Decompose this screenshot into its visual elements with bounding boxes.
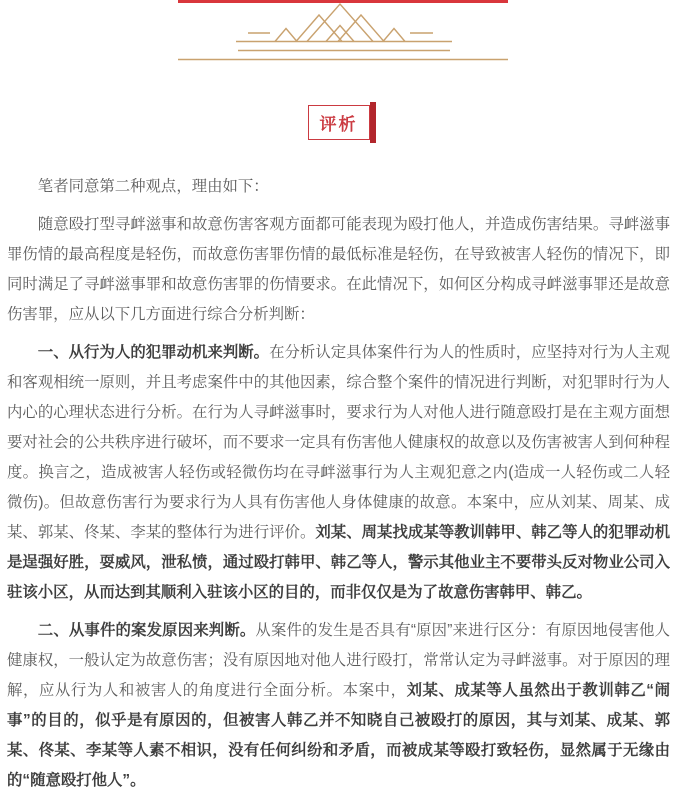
- text-segment-bold: 一、从行为人的犯罪动机来判断。: [38, 344, 269, 361]
- section-label-row: 评析: [0, 105, 677, 140]
- paragraph-overview: 随意殴打型寻衅滋事和故意伤害客观方面都可能表现为殴打他人，并造成伤害结果。寻衅滋…: [7, 210, 670, 330]
- section-label-box: 评析: [308, 105, 370, 140]
- mountain-ornament-icon: [0, 0, 677, 64]
- text-segment-bold: 二、从事件的案发原因来判断。: [38, 622, 256, 639]
- text-segment: 随意殴打型寻衅滋事和故意伤害客观方面都可能表现为殴打他人，并造成伤害结果。寻衅滋…: [7, 216, 670, 323]
- article-body: 笔者同意第二种观点，理由如下： 随意殴打型寻衅滋事和故意伤害客观方面都可能表现为…: [7, 172, 670, 794]
- text-segment: 在分析认定具体案件行为人的性质时，应坚持对行为人主观和客观相统一原则，并且考虑案…: [7, 344, 670, 541]
- paragraph-intro: 笔者同意第二种观点，理由如下：: [7, 172, 670, 202]
- article-page: 评析 笔者同意第二种观点，理由如下： 随意殴打型寻衅滋事和故意伤害客观方面都可能…: [0, 0, 677, 794]
- paragraph-point-one: 一、从行为人的犯罪动机来判断。在分析认定具体案件行为人的性质时，应坚持对行为人主…: [7, 338, 670, 608]
- header-ornament: [0, 0, 677, 64]
- paragraph-point-two: 二、从事件的案发原因来判断。从案件的发生是否具有“原因”来进行区分：有原因地侵害…: [7, 616, 670, 794]
- section-label-text: 评析: [320, 110, 358, 135]
- top-red-divider: [178, 0, 508, 3]
- text-segment: 笔者同意第二种观点，理由如下：: [38, 178, 269, 195]
